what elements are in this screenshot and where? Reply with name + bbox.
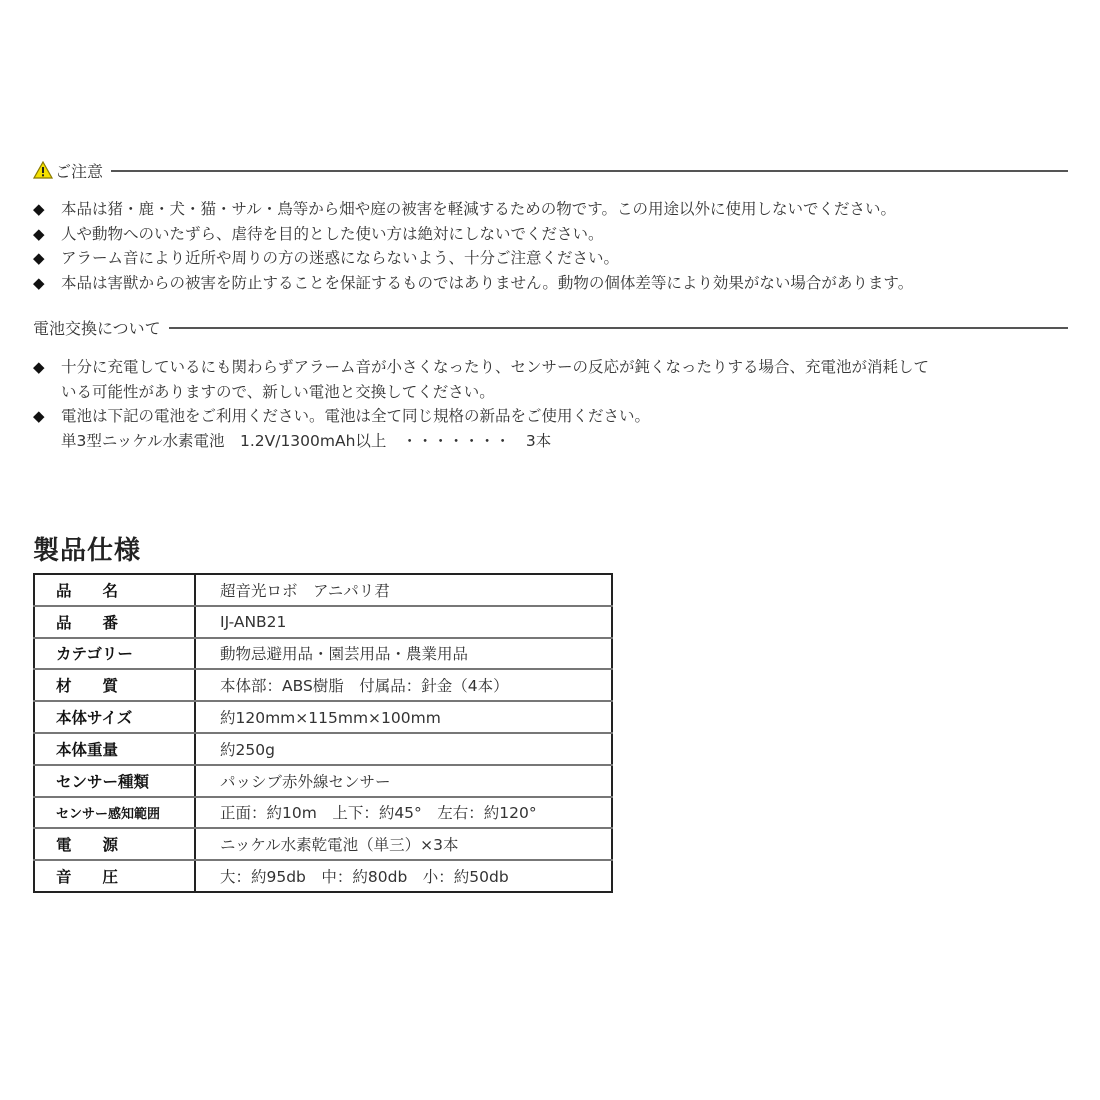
table-row: センサー種類 パッシブ赤外線センサー	[34, 765, 612, 797]
table-row: 品 名 超音光ロボ アニパリ君	[34, 574, 612, 606]
divider	[169, 327, 1068, 329]
diamond-bullet-icon: ◆	[33, 271, 61, 296]
caution-list: ◆ 本品は猪・鹿・犬・猫・サル・鳥等から畑や庭の被害を軽減するための物です。この…	[33, 197, 1083, 295]
battery-list: ◆ 十分に充電しているにも関わらずアラーム音が小さくなったり、センサーの反応が鈍…	[33, 355, 1083, 453]
list-item: ◆ アラーム音により近所や周りの方の迷惑にならないよう、十分ご注意ください。	[33, 246, 1083, 271]
battery-title: 電池交換について	[33, 316, 169, 339]
list-item: ◆ 十分に充電しているにも関わらずアラーム音が小さくなったり、センサーの反応が鈍…	[33, 355, 1083, 380]
table-row: 電 源 ニッケル水素乾電池（単三）×3本	[34, 828, 612, 860]
table-row: カテゴリー 動物忌避用品・園芸用品・農業用品	[34, 638, 612, 670]
diamond-bullet-icon: ◆	[33, 355, 61, 380]
caution-title: ご注意	[55, 159, 103, 182]
caution-heading: ご注意	[33, 157, 1068, 183]
spec-table: 品 名 超音光ロボ アニパリ君 品 番 IJ-ANB21 カテゴリー 動物忌避用…	[33, 573, 613, 893]
table-row: 本体サイズ 約120mm×115mm×100mm	[34, 701, 612, 733]
diamond-bullet-icon: ◆	[33, 246, 61, 271]
list-item: ◆ 電池は下記の電池をご利用ください。電池は全て同じ規格の新品をご使用ください。	[33, 404, 1083, 429]
table-row: 材 質 本体部：ABS樹脂 付属品：針金（4本）	[34, 669, 612, 701]
battery-heading: 電池交換について	[33, 314, 1068, 340]
table-row: センサー感知範囲 正面：約10m 上下：約45° 左右：約120°	[34, 797, 612, 829]
list-item: ◆ 本品は害獣からの被害を防止することを保証するものではありません。動物の個体差…	[33, 271, 1083, 296]
battery-spec-line: 単3型ニッケル水素電池 1.2V/1300mAh以上 ・・・・・・・ 3本	[33, 429, 1083, 454]
table-row: 音 圧 大：約95db 中：約80db 小：約50db	[34, 860, 612, 892]
diamond-bullet-icon: ◆	[33, 222, 61, 247]
table-row: 本体重量 約250g	[34, 733, 612, 765]
list-item: ◆ 本品は猪・鹿・犬・猫・サル・鳥等から畑や庭の被害を軽減するための物です。この…	[33, 197, 1083, 222]
diamond-bullet-icon: ◆	[33, 197, 61, 222]
table-row: 品 番 IJ-ANB21	[34, 606, 612, 638]
list-item: ◆ 人や動物へのいたずら、虐待を目的とした使い方は絶対にしないでください。	[33, 222, 1083, 247]
warning-triangle-icon	[33, 161, 53, 179]
diamond-bullet-icon: ◆	[33, 404, 61, 429]
spec-title: 製品仕様	[33, 530, 141, 567]
divider	[111, 170, 1068, 172]
